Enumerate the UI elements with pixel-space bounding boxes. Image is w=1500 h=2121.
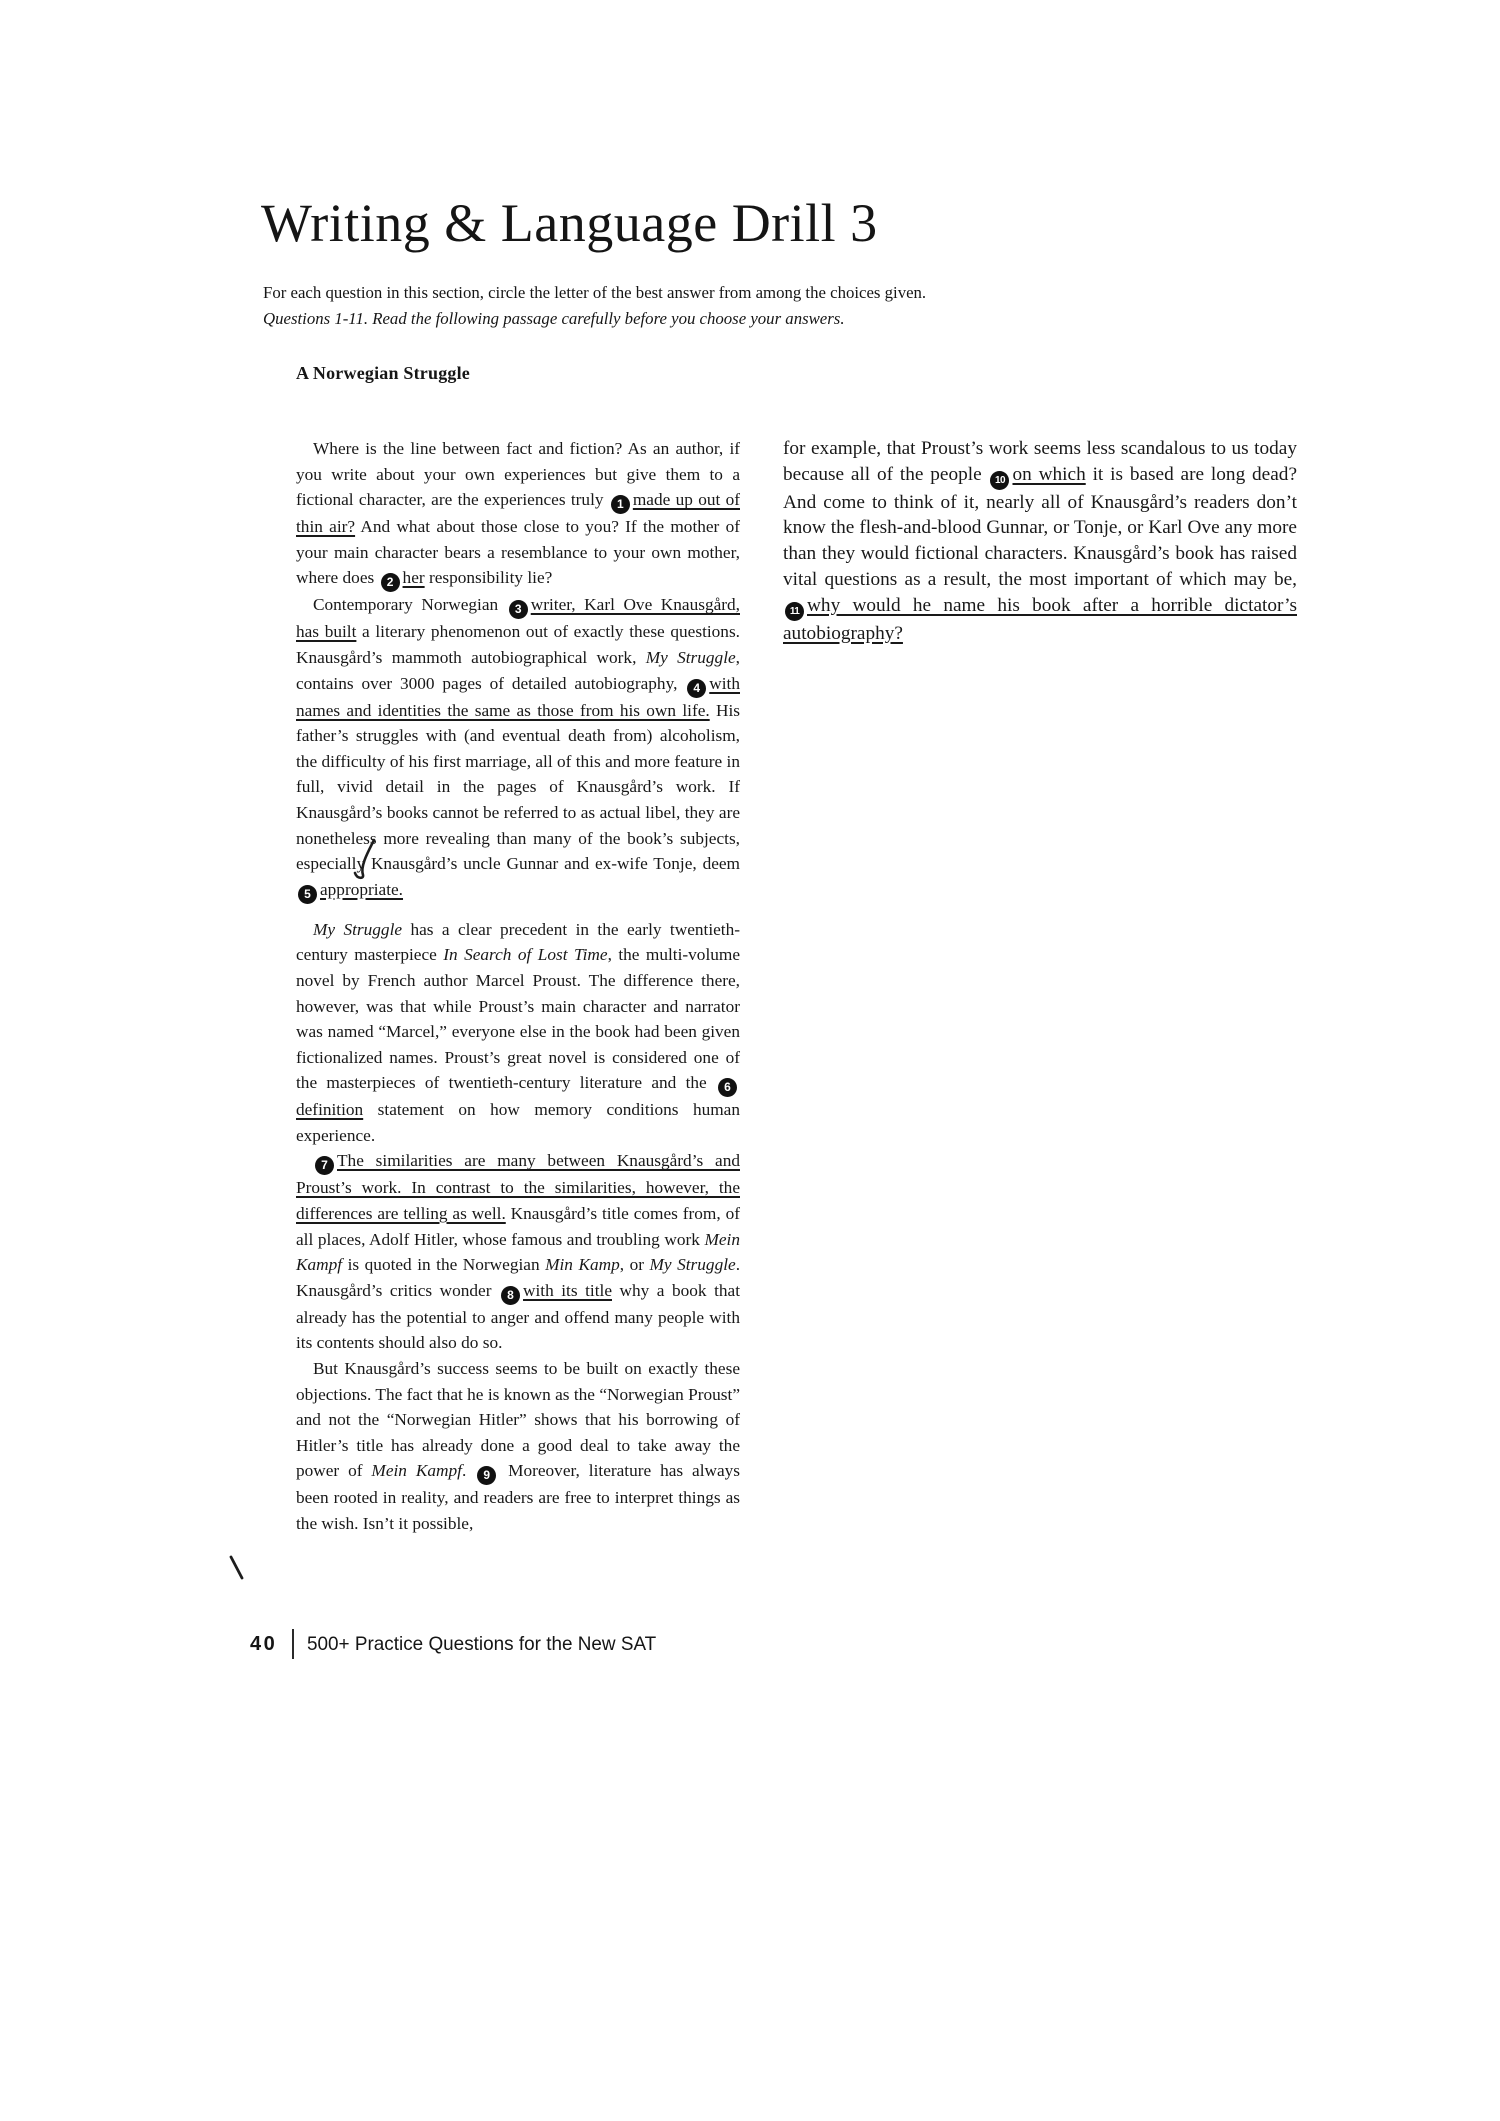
question-marker-8: 8 xyxy=(501,1286,520,1305)
pen-mark-backslash xyxy=(227,1554,247,1582)
passage-column-right: for example, that Proust’s work seems le… xyxy=(783,436,1297,646)
pen-mark-stroke-through-revealing xyxy=(352,838,382,884)
underlined-passage-segment: her xyxy=(403,568,425,587)
page-title: Writing & Language Drill 3 xyxy=(261,192,878,254)
instruction-line: For each question in this section, circl… xyxy=(263,280,926,306)
page-number: 40 xyxy=(250,1633,277,1656)
passage-segment: , or xyxy=(620,1255,650,1274)
question-marker-7: 7 xyxy=(315,1156,334,1175)
passage-paragraph: Where is the line between fact and ficti… xyxy=(296,436,740,592)
underlined-passage-segment: why would he name his book after a horri… xyxy=(783,595,1297,644)
passage-segment: Contemporary Norwegian xyxy=(313,595,507,614)
passage-segment: My Struggle xyxy=(313,920,402,939)
question-marker-2: 2 xyxy=(381,573,400,592)
question-marker-4: 4 xyxy=(687,679,706,698)
section-instructions: For each question in this section, circl… xyxy=(263,280,926,332)
passage-segment: In Search of Lost Time xyxy=(443,945,607,964)
passage-paragraph: My Struggle has a clear precedent in the… xyxy=(296,917,740,1149)
page-footer: 40 500+ Practice Questions for the New S… xyxy=(250,1629,667,1659)
scanned-book-page: Writing & Language Drill 3 For each ques… xyxy=(0,0,1500,2121)
question-marker-5: 5 xyxy=(298,885,317,904)
passage-segment: Min Kamp xyxy=(545,1255,620,1274)
passage-segment: responsibility lie? xyxy=(425,568,553,587)
passage-segment: . xyxy=(462,1461,475,1480)
passage-heading: A Norwegian Struggle xyxy=(296,363,470,384)
directions-line: Questions 1-11. Read the following passa… xyxy=(263,306,926,332)
passage-segment: My Struggle xyxy=(650,1255,736,1274)
passage-paragraph: But Knausgård’s success seems to be buil… xyxy=(296,1356,740,1537)
book-title: 500+ Practice Questions for the New SAT xyxy=(307,1633,656,1656)
question-marker-6: 6 xyxy=(718,1078,737,1097)
passage-paragraph: 7The similarities are many between Knaus… xyxy=(296,1148,740,1356)
passage-paragraph: for example, that Proust’s work seems le… xyxy=(783,436,1297,646)
passage-column-left: Where is the line between fact and ficti… xyxy=(296,436,740,1537)
question-marker-11: 11 xyxy=(785,602,804,621)
passage-segment: , the multi-volume novel by French autho… xyxy=(296,945,740,1092)
question-marker-1: 1 xyxy=(611,495,630,514)
underlined-passage-segment: definition xyxy=(296,1100,363,1119)
passage-segment: is quoted in the Norwegian xyxy=(342,1255,545,1274)
question-marker-10: 10 xyxy=(990,471,1009,490)
passage-segment: My Struggle xyxy=(646,648,736,667)
question-marker-9: 9 xyxy=(477,1466,496,1485)
question-marker-3: 3 xyxy=(509,600,528,619)
passage-segment: statement on how memory conditions human… xyxy=(296,1100,740,1145)
footer-separator xyxy=(292,1629,294,1659)
underlined-passage-segment: on which xyxy=(1012,464,1085,485)
passage-segment: Mein Kampf xyxy=(371,1461,462,1480)
underlined-passage-segment: with its title xyxy=(523,1281,612,1300)
